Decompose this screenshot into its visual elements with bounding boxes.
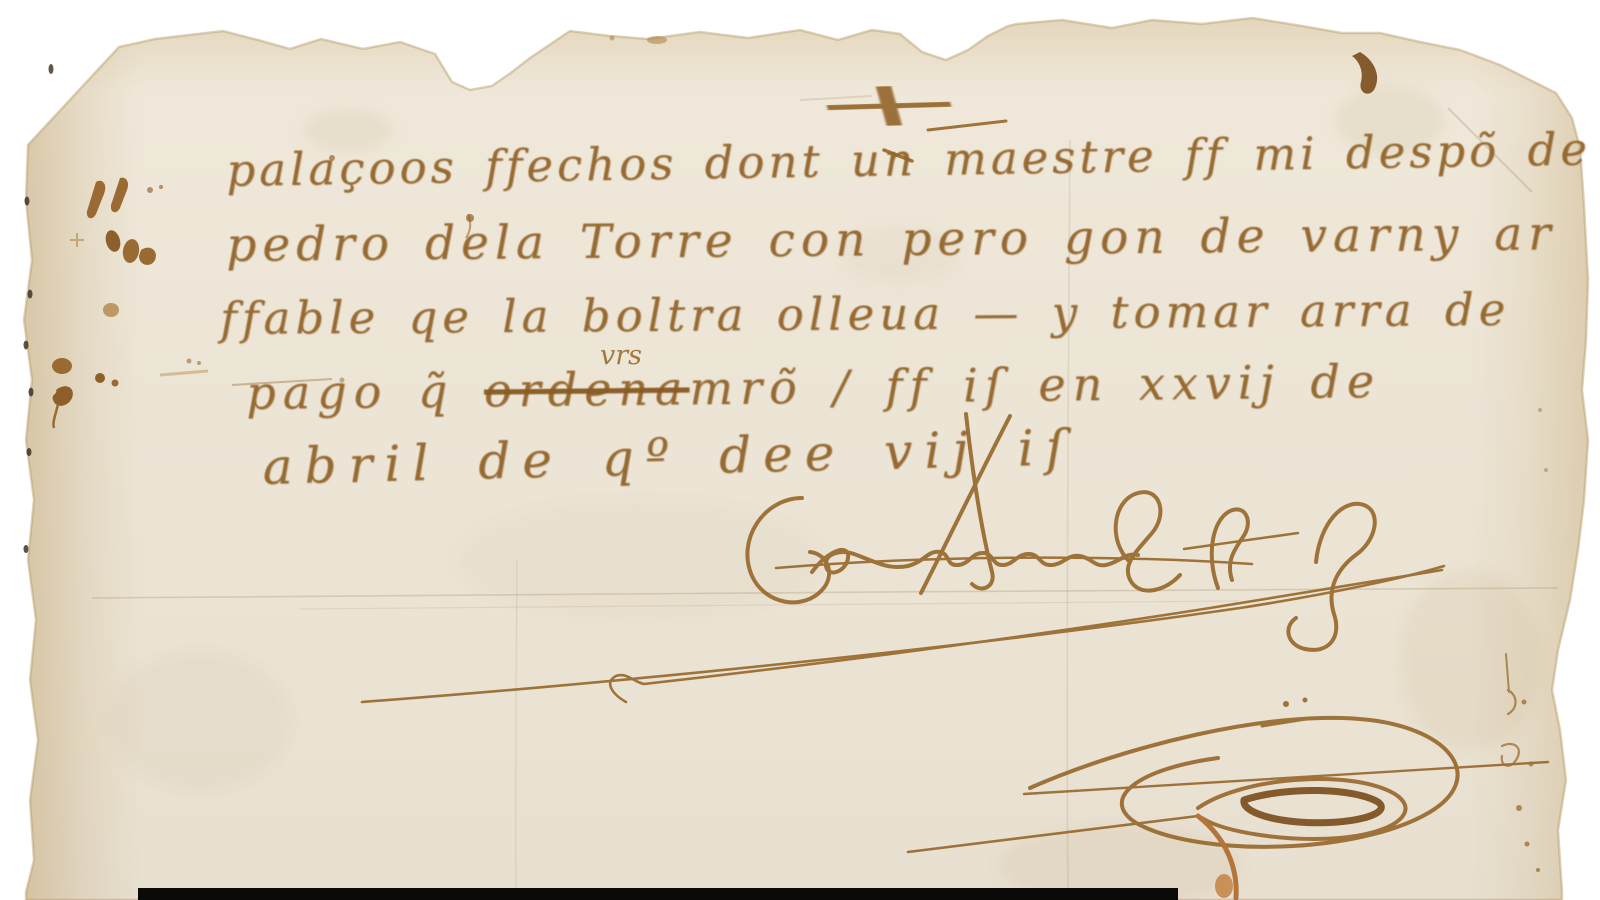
- manuscript-line-3: ffable qe la boltra olleua — y tomar arr…: [220, 287, 1510, 341]
- manuscript-photo: + palaçoos ffechos dont un maestre ff mi…: [0, 0, 1600, 900]
- photo-bottom-black-bar: [138, 888, 1178, 900]
- line4-superscript: vrs: [600, 340, 642, 371]
- line4-post: mrõ / ff iſ en xxvij de: [689, 354, 1381, 415]
- invocation-cross: +: [797, 71, 980, 138]
- line4-struck-word: ordena: [484, 361, 690, 417]
- manuscript-line-2: pedro dela Torre con pero gon de varny a…: [226, 210, 1557, 269]
- line4-pre: pago q̃: [246, 364, 484, 420]
- manuscript-line-4: pago q̃ ordenamrõ / ff iſ en xxvij de: [246, 358, 1381, 416]
